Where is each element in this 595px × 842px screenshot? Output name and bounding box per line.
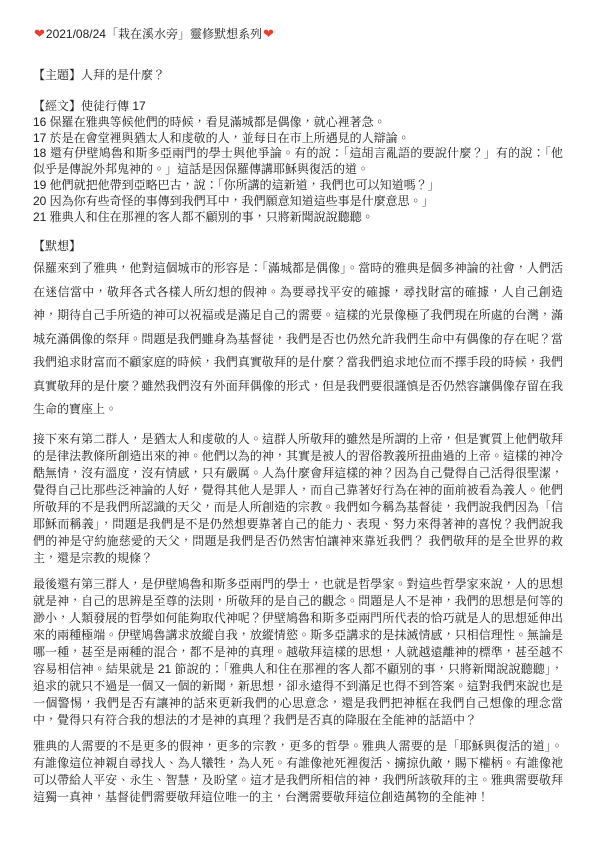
scripture-verse: 16 保羅在雅典等候他們的時候，看見滿城都是偶像，就心裡著急。 [33, 115, 563, 131]
scripture-verse: 21 雅典人和住在那裡的客人都不顧別的事，只將新聞說說聽聽。 [33, 210, 563, 226]
scripture-label: 【經文】 [33, 99, 81, 113]
scripture-verse: 19 他們就把他帶到亞略巴古，說：「你所講的這新道，我們也可以知道嗎？」 [33, 178, 563, 194]
scripture-verse: 17 於是在會堂裡與猶太人和虔敬的人，並每日在市上所遇見的人辯論。 [33, 131, 563, 147]
topic-text: 人拜的是什麼？ [81, 68, 165, 82]
scripture-section: 【經文】使徒行傳 17 16 保羅在雅典等候他們的時候，看見滿城都是偶像，就心裡… [33, 99, 563, 225]
scripture-reference-line: 【經文】使徒行傳 17 [33, 99, 563, 115]
meditation-label: 【默想】 [33, 238, 563, 254]
meditation-paragraph: 接下來有第二群人，是猶太人和虔敬的人。這群人所敬拜的雖然是所謂的上帝，但是實質上… [33, 431, 563, 567]
scripture-verse: 18 還有伊壁鳩魯和斯多亞兩門的學士與他爭論。有的說：「這胡言亂語的要說什麼？」… [33, 146, 563, 178]
scripture-verse: 20 因為你有些奇怪的事傳到我們耳中，我們願意知道這些事是什麼意思。」 [33, 194, 563, 210]
meditation-paragraph: 雅典的人需要的不是更多的假神，更多的宗教，更多的哲學。雅典人需要的是「耶穌與復活… [33, 738, 563, 806]
meditation-paragraph: 保羅來到了雅典，他對這個城市的形容是：「滿城都是偶像」。當時的雅典是個多神論的社… [33, 257, 563, 422]
meditation-section: 【默想】 保羅來到了雅典，他對這個城市的形容是：「滿城都是偶像」。當時的雅典是個… [33, 238, 563, 806]
meditation-paragraphs: 保羅來到了雅典，他對這個城市的形容是：「滿城都是偶像」。當時的雅典是個多神論的社… [33, 257, 563, 806]
document-page: ❤2021/08/24「栽在溪水旁」靈修默想系列❤ 【主題】人拜的是什麼？ 【經… [0, 0, 595, 842]
document-header: ❤2021/08/24「栽在溪水旁」靈修默想系列❤ [33, 26, 563, 42]
scripture-reference: 使徒行傳 17 [81, 99, 146, 113]
scripture-verses: 16 保羅在雅典等候他們的時候，看見滿城都是偶像，就心裡著急。17 於是在會堂裡… [33, 115, 563, 226]
topic-line: 【主題】人拜的是什麼？ [33, 67, 563, 83]
topic-label: 【主題】 [33, 68, 81, 82]
meditation-paragraph: 最後還有第三群人，是伊壁鳩魯和斯多亞兩門的學士，也就是哲學家。對這些哲學家來說，… [33, 576, 563, 729]
heart-icon: ❤ [263, 26, 274, 41]
heart-icon: ❤ [34, 26, 45, 41]
document-title: 2021/08/24「栽在溪水旁」靈修默想系列 [46, 27, 262, 41]
